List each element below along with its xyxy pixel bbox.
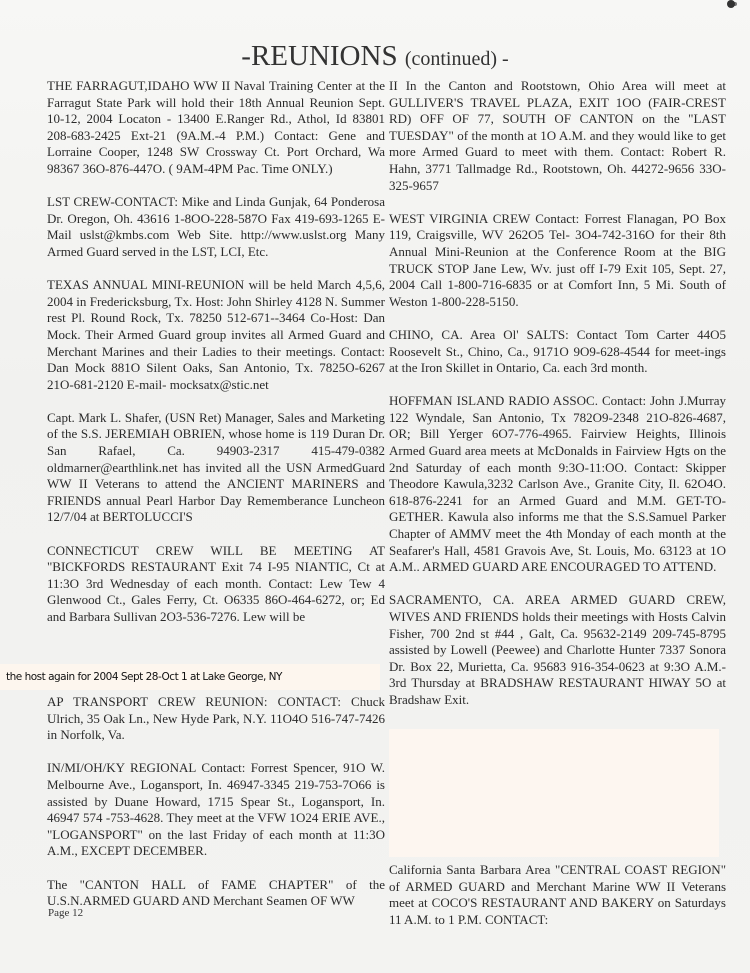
reunion-connecticut: CONNECTICUT CREW WILL BE MEETING AT "BIC… <box>47 543 385 626</box>
reunion-shafer: Capt. Mark L. Shafer, (USN Ret) Manager,… <box>47 410 385 526</box>
page-title: -REUNIONS (continued) - <box>0 40 750 73</box>
reunion-farragut: THE FARRAGUT,IDAHO WW II Naval Training … <box>47 78 385 178</box>
reunion-ap-transport: AP TRANSPORT CREW REUNION: CONTACT: Chuc… <box>47 694 385 744</box>
reunion-chino: CHINO, CA. Area Ol' SALTS: Contact Tom C… <box>389 327 726 377</box>
reunion-canton-hof: The "CANTON HALL of FAME CHAPTER" of the… <box>47 877 385 910</box>
left-column: THE FARRAGUT,IDAHO WW II Naval Training … <box>47 78 385 642</box>
reunion-hoffman-island: HOFFMAN ISLAND RADIO ASSOC. Contact: Joh… <box>389 393 726 576</box>
overlay-note: the host again for 2004 Sept 28-Oct 1 at… <box>0 664 380 690</box>
reunion-west-virginia: WEST VIRGINIA CREW Contact: Forrest Flan… <box>389 211 726 311</box>
reunion-lst-crew: LST CREW-CONTACT: Mike and Linda Gunjak,… <box>47 194 385 260</box>
right-column: II In the Canton and Rootstown, Ohio Are… <box>389 78 726 725</box>
blank-patch <box>389 729 719 857</box>
reunion-canton-cont: II In the Canton and Rootstown, Ohio Are… <box>389 78 726 194</box>
title-main: -REUNIONS <box>241 40 397 72</box>
right-column-continued: California Santa Barbara Area "CENTRAL C… <box>389 862 726 945</box>
reunion-sacramento: SACRAMENTO, CA. AREA ARMED GUARD CREW, W… <box>389 592 726 708</box>
ink-speck <box>727 0 735 8</box>
reunion-texas: TEXAS ANNUAL MINI-REUNION will be held M… <box>47 277 385 393</box>
title-sub: (continued) - <box>405 48 509 70</box>
document-page: -REUNIONS (continued) - THE FARRAGUT,IDA… <box>0 0 750 973</box>
left-column-continued: AP TRANSPORT CREW REUNION: CONTACT: Chuc… <box>47 694 385 926</box>
reunion-in-mi-oh-ky: IN/MI/OH/KY REGIONAL Contact: Forrest Sp… <box>47 760 385 860</box>
page-number: Page 12 <box>48 907 83 919</box>
reunion-santa-barbara: California Santa Barbara Area "CENTRAL C… <box>389 862 726 928</box>
